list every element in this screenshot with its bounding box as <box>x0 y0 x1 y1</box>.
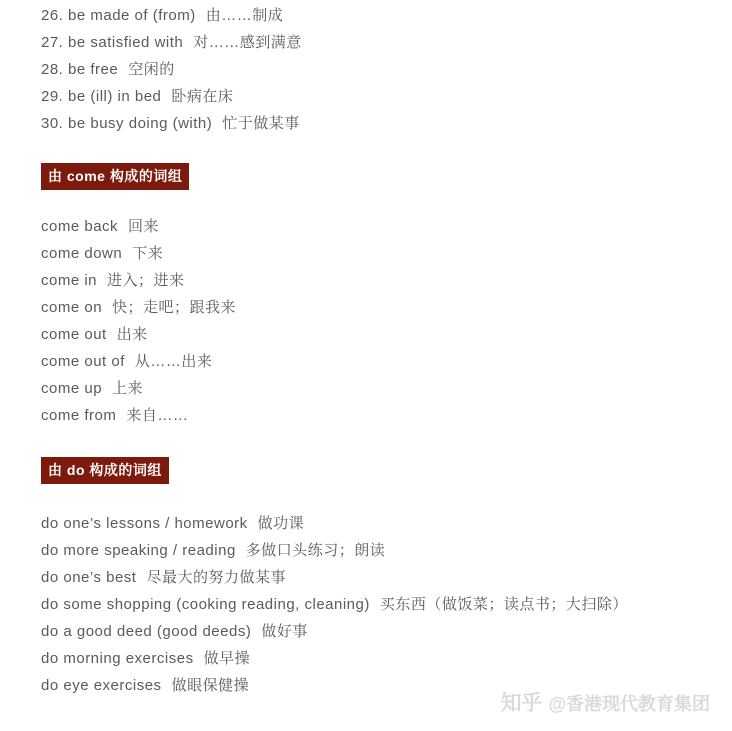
phrase-meaning: 从……出来 <box>135 353 213 370</box>
phrase-text: come back <box>41 218 118 235</box>
phrase-text: do some shopping (cooking reading, clean… <box>41 596 370 613</box>
numbered-phrase-list: 26. be made of (from)由……制成 27. be satisf… <box>41 2 732 137</box>
list-item: do one’s lessons / homework做功课 <box>41 510 732 537</box>
watermark-author: @香港现代教育集团 <box>548 694 710 714</box>
list-item: 27. be satisfied with对……感到满意 <box>41 29 732 56</box>
list-item: come in进入；进来 <box>41 267 732 294</box>
phrase-meaning: 快；走吧；跟我来 <box>112 299 236 316</box>
do-phrase-list: do one’s lessons / homework做功课 do more s… <box>41 510 732 699</box>
phrase-meaning: 由……制成 <box>206 7 284 24</box>
list-item: come up上来 <box>41 375 732 402</box>
list-item: come out of从……出来 <box>41 348 732 375</box>
phrase-text: do one’s best <box>41 569 136 586</box>
document-page: 26. be made of (from)由……制成 27. be satisf… <box>0 0 732 731</box>
phrase-meaning: 来自…… <box>126 407 188 424</box>
phrase-text: 29. be (ill) in bed <box>41 88 161 105</box>
section-come: 由 come 构成的词组 come back回来 come down下来 com… <box>41 137 732 429</box>
phrase-meaning: 空闲的 <box>128 61 175 78</box>
list-item: come out出来 <box>41 321 732 348</box>
phrase-text: come down <box>41 245 122 262</box>
list-item: 26. be made of (from)由……制成 <box>41 2 732 29</box>
list-item: do one’s best尽最大的努力做某事 <box>41 564 732 591</box>
phrase-meaning: 卧病在床 <box>171 88 233 105</box>
phrase-meaning: 下来 <box>132 245 163 262</box>
phrase-meaning: 尽最大的努力做某事 <box>146 569 286 586</box>
phrase-text: 27. be satisfied with <box>41 34 183 51</box>
list-item: 30. be busy doing (with)忙于做某事 <box>41 110 732 137</box>
phrase-text: 30. be busy doing (with) <box>41 115 212 132</box>
phrase-text: come up <box>41 380 102 397</box>
phrase-text: come from <box>41 407 116 424</box>
list-item: do morning exercises做早操 <box>41 645 732 672</box>
list-item: 29. be (ill) in bed卧病在床 <box>41 83 732 110</box>
phrase-meaning: 做眼保健操 <box>172 677 250 694</box>
section-header-do: 由 do 构成的词组 <box>41 457 169 484</box>
phrase-meaning: 做好事 <box>261 623 308 640</box>
list-item: do a good deed (good deeds)做好事 <box>41 618 732 645</box>
phrase-text: 26. be made of (from) <box>41 7 196 24</box>
phrase-meaning: 上来 <box>112 380 143 397</box>
phrase-meaning: 对……感到满意 <box>193 34 302 51</box>
list-item: do more speaking / reading多做口头练习；朗读 <box>41 537 732 564</box>
list-item: do some shopping (cooking reading, clean… <box>41 591 732 618</box>
section-do: 由 do 构成的词组 do one’s lessons / homework做功… <box>41 429 732 699</box>
phrase-meaning: 回来 <box>128 218 159 235</box>
phrase-text: do morning exercises <box>41 650 194 667</box>
phrase-text: do eye exercises <box>41 677 162 694</box>
list-item: come down下来 <box>41 240 732 267</box>
section-header-come: 由 come 构成的词组 <box>41 163 189 190</box>
phrase-meaning: 忙于做某事 <box>222 115 300 132</box>
phrase-meaning: 做早操 <box>204 650 251 667</box>
list-item: come from来自…… <box>41 402 732 429</box>
phrase-meaning: 买东西（做饭菜；读点书；大扫除） <box>380 596 628 613</box>
list-item: come on快；走吧；跟我来 <box>41 294 732 321</box>
phrase-meaning: 多做口头练习；朗读 <box>246 542 386 559</box>
phrase-text: come on <box>41 299 102 316</box>
list-item: come back回来 <box>41 213 732 240</box>
phrase-text: do one’s lessons / homework <box>41 515 248 532</box>
zhihu-logo-text: 知乎 <box>500 692 542 715</box>
zhihu-watermark: 知乎@香港现代教育集团 <box>500 687 710 717</box>
phrase-text: come out of <box>41 353 125 370</box>
phrase-meaning: 做功课 <box>258 515 305 532</box>
phrase-text: come out <box>41 326 107 343</box>
phrase-text: come in <box>41 272 97 289</box>
come-phrase-list: come back回来 come down下来 come in进入；进来 com… <box>41 213 732 429</box>
phrase-meaning: 出来 <box>117 326 148 343</box>
list-item: 28. be free空闲的 <box>41 56 732 83</box>
phrase-text: do a good deed (good deeds) <box>41 623 251 640</box>
phrase-text: 28. be free <box>41 61 118 78</box>
phrase-text: do more speaking / reading <box>41 542 236 559</box>
phrase-meaning: 进入；进来 <box>107 272 185 289</box>
